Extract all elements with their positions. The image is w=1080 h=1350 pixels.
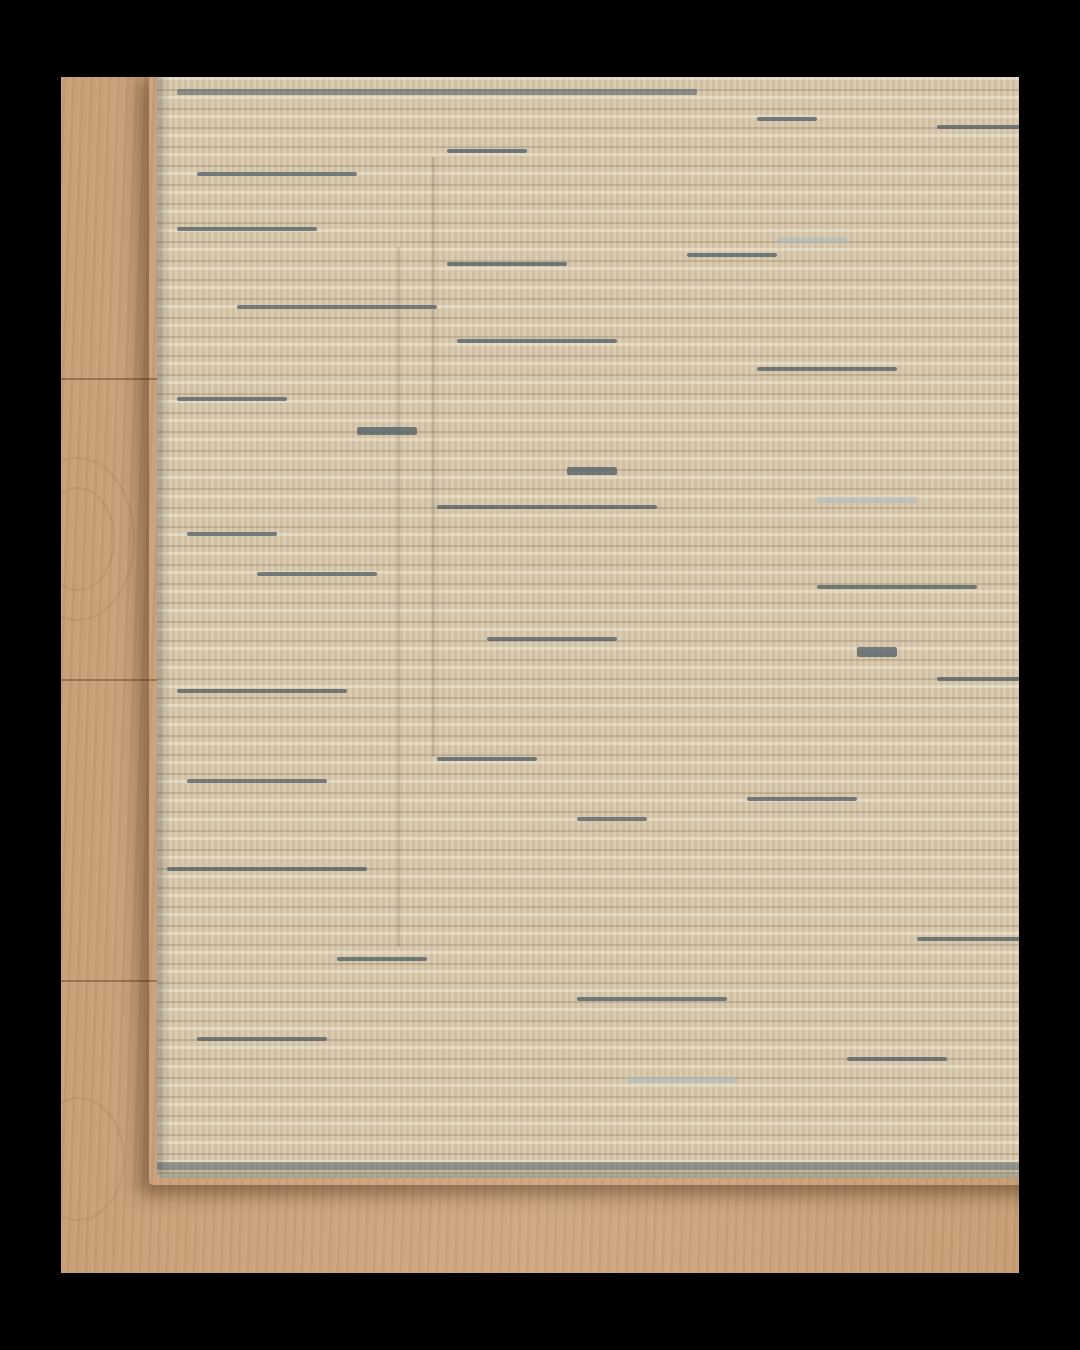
rug-streak: [917, 937, 1019, 941]
product-photo: [61, 77, 1019, 1273]
rug-pattern-seam: [397, 247, 400, 947]
rug-streak: [567, 467, 617, 475]
rug-streak: [747, 797, 857, 801]
rug-streak: [177, 89, 697, 95]
rug-streak: [187, 532, 277, 536]
rug-streak: [447, 262, 567, 266]
rug-streak: [197, 172, 357, 176]
rug-streak: [757, 367, 897, 371]
rug: [157, 77, 1019, 1178]
rug-streak: [437, 505, 657, 509]
rug-streak: [577, 997, 727, 1001]
rug-streak: [817, 497, 917, 503]
rug-streak: [177, 397, 287, 401]
rug-streak: [687, 253, 777, 257]
rug-streak: [187, 779, 327, 783]
rug-streak: [577, 817, 647, 821]
rug-streak: [937, 677, 1019, 681]
wood-grain: [61, 1097, 125, 1221]
rug-streak: [357, 427, 417, 435]
rug-streak: [757, 117, 817, 121]
rug-streak: [937, 125, 1019, 129]
rug-streak: [627, 1077, 737, 1083]
rug-streak: [197, 1037, 327, 1041]
rug-streak: [777, 237, 847, 243]
rug-streak: [857, 647, 897, 657]
rug-pattern-seam: [432, 157, 435, 757]
rug-streak: [167, 867, 367, 871]
rug-streak: [457, 339, 617, 343]
rug-streak: [337, 957, 427, 961]
rug-streak: [257, 572, 377, 576]
rug-streak: [487, 637, 617, 641]
rug-streak: [177, 689, 347, 693]
rug-streak: [177, 227, 317, 231]
rug-streak: [447, 149, 527, 153]
rug-streak: [847, 1057, 947, 1061]
rug-streak: [237, 305, 437, 309]
rug-streak: [817, 585, 977, 589]
rug-edge-binding: [157, 1162, 1019, 1170]
rug-streak: [437, 757, 537, 761]
